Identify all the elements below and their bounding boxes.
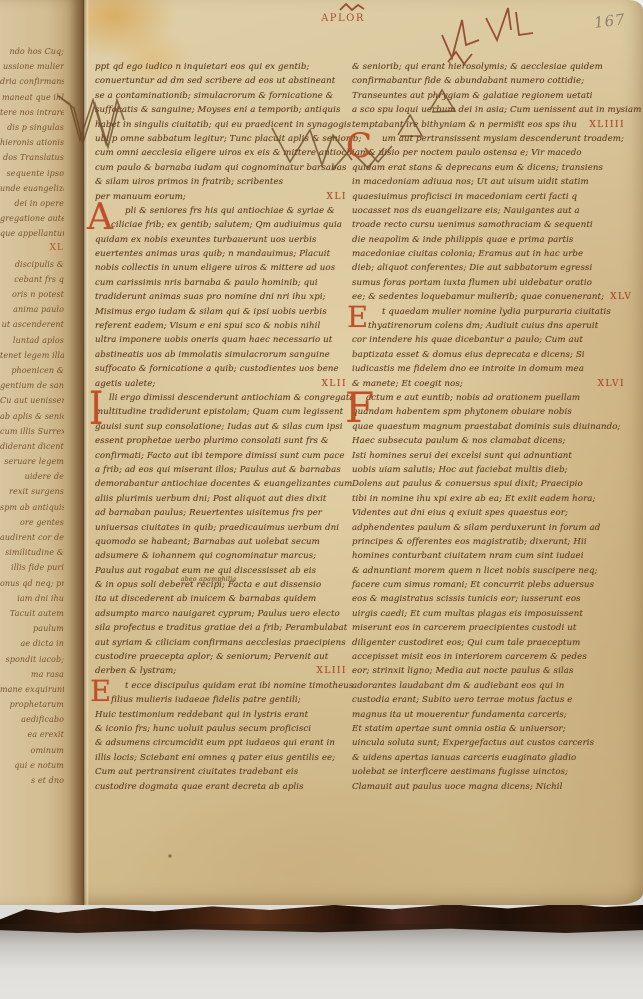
text-line: iudicastis me fidelem dno ee introite in… bbox=[352, 362, 584, 376]
facing-line-fragment: sequente ipso bbox=[0, 166, 64, 181]
text-line: gauisi sunt sup consolatione; Iudas aut … bbox=[95, 420, 343, 434]
facing-line-fragment: similitudine & bbox=[0, 545, 64, 560]
text-line: adorantes laudabant dm & audiebant eos q… bbox=[352, 679, 564, 693]
facing-page-lines: ndo hos Cuq;ussione mulierdria confirman… bbox=[0, 44, 64, 788]
facing-line-fragment: ea erexit bbox=[0, 727, 64, 742]
facing-line-fragment: gregatione aute bbox=[0, 211, 64, 226]
facing-line-fragment: spm ab antiquis bbox=[0, 500, 64, 515]
text-line: confirmati; Facto aut ibi tempore dimiss… bbox=[95, 449, 345, 463]
book-shadow bbox=[0, 924, 643, 970]
interlinear-gloss: abeo apamphilia bbox=[181, 573, 237, 587]
facing-line-fragment: aedificabo bbox=[0, 712, 64, 727]
facing-line-fragment: phoenicen & bbox=[0, 363, 64, 378]
text-line: troade recto cursu uenimus samothraciam … bbox=[352, 218, 593, 232]
text-line: eos & magistratus scissis tunicis eor; i… bbox=[352, 592, 581, 606]
text-line: & silam uiros primos in fratrib; scriben… bbox=[95, 175, 283, 189]
text-line: Isti homines serui dei excelsi sunt qui … bbox=[352, 449, 572, 463]
text-line: abstineatis uos ab immolatis simulacroru… bbox=[95, 348, 330, 362]
facing-line-fragment: ndo hos Cuq; bbox=[0, 44, 64, 59]
facing-line-fragment: ab aplis & senio bbox=[0, 409, 64, 424]
text-line: illis locis; Sciebant eni omnes q pater … bbox=[95, 751, 335, 765]
section-number: XLV bbox=[604, 290, 632, 304]
facing-line-fragment: tere nos intrare bbox=[0, 105, 64, 120]
facing-line-fragment: seruare legem bbox=[0, 454, 64, 469]
text-line: facere cum simus romani; Et concurrit pl… bbox=[352, 578, 594, 592]
facing-line-fragment: dria confirmans bbox=[0, 74, 64, 89]
text-line: Et statim apertae sunt omnia ostia & uni… bbox=[352, 722, 566, 736]
text-line: custodia erant; Subito uero terrae motus… bbox=[352, 693, 572, 707]
text-line: diligenter custodiret eos; Qui cum tale … bbox=[352, 636, 580, 650]
rubric-initial: E bbox=[347, 303, 368, 331]
facing-line-fragment: prophetarum bbox=[0, 697, 64, 712]
text-line: accepisset misit eos in interiorem carce… bbox=[352, 650, 587, 664]
facing-line-fragment: paulum bbox=[0, 621, 64, 636]
facing-line-fragment: cum illis Surrex bbox=[0, 424, 64, 439]
gutter-crease bbox=[83, 0, 89, 905]
text-line: a frib; ad eos qui miserant illos; Paulu… bbox=[95, 463, 341, 477]
facing-line-fragment: qui e notum bbox=[0, 758, 64, 773]
facing-line-fragment: s et dno bbox=[0, 773, 64, 788]
text-line: aliis plurimis uerbum dni; Post aliquot … bbox=[95, 492, 327, 506]
text-line: & uisio per noctem paulo ostensa e; Vir … bbox=[368, 146, 582, 160]
section-number: XLIII bbox=[310, 664, 347, 678]
text-line: quidam ex nobis exeuntes turbauerunt uos… bbox=[95, 233, 316, 247]
text-line: um aut pertransissent mysiam descenderun… bbox=[382, 132, 624, 146]
text-line: tradiderunt animas suas pro nomine dni n… bbox=[95, 290, 326, 304]
facing-line-fragment: ominum bbox=[0, 743, 64, 758]
text-line: custodire dogmata quae erant decreta ab … bbox=[95, 780, 304, 794]
text-line: ciliciae frib; ex gentib; salutem; Qm au… bbox=[111, 218, 342, 232]
text-line: eor; strinxit ligno; Media aut nocte pau… bbox=[352, 664, 574, 678]
text-line: pli & seniores frs his qui antiochiae & … bbox=[125, 204, 335, 218]
rubric-initial: I bbox=[89, 386, 104, 430]
text-line: adphendentes paulum & silam perduxerunt … bbox=[352, 521, 600, 535]
rubric-initial: E bbox=[90, 677, 111, 705]
text-line: ad barnaban paulus; Reuertentes uisitemu… bbox=[95, 506, 322, 520]
text-line: thyatirenorum colens dm; Audiuit cuius d… bbox=[368, 319, 598, 333]
section-number: XLI bbox=[321, 190, 347, 204]
text-line: Cum aut pertransirent ciuitates tradeban… bbox=[95, 765, 298, 779]
facing-line-fragment: dei in opere bbox=[0, 196, 64, 211]
facing-line-fragment: tenet legem illa bbox=[0, 348, 64, 363]
facing-page-edge: ndo hos Cuq;ussione mulierdria confirman… bbox=[0, 0, 84, 905]
text-line: ppt qd ego iudico n inquietari eos qui e… bbox=[95, 60, 309, 74]
text-line: sila profectus e traditus gratiae dei a … bbox=[95, 621, 347, 635]
facing-line-fragment: ma rasa bbox=[0, 667, 64, 682]
facing-line-fragment: dis p singulas bbox=[0, 120, 64, 135]
text-line: Dolens aut paulus & conuersus spui dixit… bbox=[352, 477, 583, 491]
text-line: adsumpto marco nauigaret cyprum; Paulus … bbox=[95, 607, 340, 621]
text-line: custodire praecepta aplor; & seniorum; P… bbox=[95, 650, 328, 664]
folio-number: 167 bbox=[593, 10, 627, 32]
facing-line-fragment: diderant dicentes bbox=[0, 439, 64, 454]
text-line: quae quaestum magnum praestabat dominis … bbox=[352, 420, 620, 434]
section-number: XLIIII bbox=[583, 118, 625, 132]
text-line: agetis ualete; bbox=[95, 377, 155, 391]
facing-line-fragment: anima paulo bbox=[0, 302, 64, 317]
text-line: t quaedam mulier nomine lydia purpuraria… bbox=[382, 305, 611, 319]
text-line: referent eadem; Visum e eni spui sco & n… bbox=[95, 319, 320, 333]
text-line: cum carissimis nris barnaba & paulo homi… bbox=[95, 276, 318, 290]
text-line: temptabant ire bithyniam & n permisit eo… bbox=[352, 118, 577, 132]
text-line: filius mulieris iudaeae fidelis patre ge… bbox=[111, 693, 301, 707]
facing-line-fragment: Cu aut uenissent bbox=[0, 393, 64, 408]
manuscript-photo: ndo hos Cuq;ussione mulierdria confirman… bbox=[0, 0, 643, 999]
facing-line-fragment: uidere de bbox=[0, 469, 64, 484]
text-line: Clamauit aut paulus uoce magna dicens; N… bbox=[352, 780, 562, 794]
rubric-initial: C bbox=[346, 130, 372, 162]
text-line: euertentes animas uras quib; n mandauimu… bbox=[95, 247, 330, 261]
text-line: uolebat se interficere aestimans fugisse… bbox=[352, 765, 568, 779]
text-line: sumus foras portam iuxta flumen ubi uide… bbox=[352, 276, 592, 290]
text-line: actum e aut euntib; nobis ad orationem p… bbox=[366, 391, 580, 405]
text-line: principes & offerentes eos magistratib; … bbox=[352, 535, 587, 549]
facing-line-fragment: dos Translatus bbox=[0, 150, 64, 165]
text-line: ultra imponere uobis oneris quam haec ne… bbox=[95, 333, 332, 347]
section-number: XLII bbox=[316, 377, 348, 391]
text-line: lli ergo dimissi descenderunt antiochiam… bbox=[109, 391, 355, 405]
facing-line-fragment: ut ascenderent bbox=[0, 317, 64, 332]
text-line: suffocato & fornicatione a quib; custodi… bbox=[95, 362, 339, 376]
manuscript-page: ndo hos Cuq;ussione mulierdria confirman… bbox=[0, 0, 643, 905]
section-number: XLVI bbox=[592, 377, 625, 391]
text-line: essent prophetae uerbo plurimo consolati… bbox=[95, 434, 329, 448]
facing-line-fragment: illis fide puri bbox=[0, 560, 64, 575]
text-line: baptizata esset & domus eius deprecata e… bbox=[352, 348, 585, 362]
text-line: dieb; aliquot conferentes; Die aut sabba… bbox=[352, 261, 592, 275]
text-line: demorabantur antiochiae docentes & euang… bbox=[95, 477, 352, 491]
margin-section-number: XL bbox=[0, 241, 64, 256]
text-line: & adnuntiant morem quem n licet nobis su… bbox=[352, 564, 598, 578]
text-line: & uidens apertas ianuas carceris euagina… bbox=[352, 751, 576, 765]
facing-line-fragment: hieronis ationis bbox=[0, 135, 64, 150]
text-line: Transeuntes aut phrygiam & galatiae regi… bbox=[352, 89, 592, 103]
text-line: tibi in nomine ihu xpi exire ab ea; Et e… bbox=[352, 492, 596, 506]
column-left: ppt qd ego iudico n inquietari eos qui e… bbox=[95, 60, 347, 794]
facing-line-fragment: luntad aplos bbox=[0, 333, 64, 348]
text-line: ee; & sedentes loquebamur mulierib; quae… bbox=[352, 290, 604, 304]
facing-line-fragment: audirent cor ded bbox=[0, 530, 64, 545]
column-right: & seniorib; qui erant hierosolymis; & ae… bbox=[352, 60, 625, 794]
facing-line-fragment: maneat que ihl bbox=[0, 90, 64, 105]
facing-line-fragment: gentium de san bbox=[0, 378, 64, 393]
text-line: uobis uiam salutis; Hoc aut faciebat mul… bbox=[352, 463, 568, 477]
text-line: habet in singulis ciuitatib; qui eu prae… bbox=[95, 118, 351, 132]
text-line: Haec subsecuta paulum & nos clamabat dic… bbox=[352, 434, 566, 448]
text-line: miserunt eos in carcerem praecipientes c… bbox=[352, 621, 576, 635]
text-line: macedoniae ciuitas colonia; Eramus aut i… bbox=[352, 247, 583, 261]
text-line: t ecce discipulus quidam erat ibi nomine… bbox=[125, 679, 353, 693]
facing-line-fragment: discipulis & bbox=[0, 257, 64, 272]
text-line: cor intendere his quae dicebantur a paul… bbox=[352, 333, 583, 347]
text-line: se a contaminationib; simulacrorum & for… bbox=[95, 89, 333, 103]
facing-line-fragment: onus qd neq; prs bbox=[0, 576, 64, 591]
facing-line-fragment: unde euangelizar bbox=[0, 181, 64, 196]
text-line: Misimus ergo iudam & silam qui & ipsi uo… bbox=[95, 305, 327, 319]
text-line: nobis collectis in unum eligere uiros & … bbox=[95, 261, 335, 275]
text-line: adsumere & iohannem qui cognominatur mar… bbox=[95, 549, 316, 563]
text-line: quidam erat stans & deprecans eum & dice… bbox=[352, 161, 603, 175]
text-line: cum paulo & barnaba iudam qui cognominat… bbox=[95, 161, 346, 175]
text-line: uocasset nos ds euangelizare eis; Nauiga… bbox=[352, 204, 580, 218]
text-line: conuertuntur ad dm sed scribere ad eos u… bbox=[95, 74, 335, 88]
facing-line-fragment: rexit surgens bbox=[0, 484, 64, 499]
facing-line-fragment: ae dicta in bbox=[0, 636, 64, 651]
text-line: uniuersas ciuitates in quib; praedicauim… bbox=[95, 521, 339, 535]
text-line: in macedoniam adiuua nos; Ut aut uisum u… bbox=[352, 175, 589, 189]
text-line: ubi p omne sabbatum legitur; Tunc placui… bbox=[95, 132, 362, 146]
facing-line-fragment: que appellantur bbox=[0, 226, 64, 241]
facing-line-fragment: ore gentes bbox=[0, 515, 64, 530]
text-line: & seniorib; qui erant hierosolymis; & ae… bbox=[352, 60, 603, 74]
facing-line-fragment: spondit iacob; bbox=[0, 652, 64, 667]
text-line: uirgis caedi; Et cum multas plagas eis i… bbox=[352, 607, 583, 621]
rubric-initial: F bbox=[345, 388, 374, 428]
running-title: APLOR bbox=[318, 13, 368, 24]
text-line: quandam habentem spm phytonem obuiare no… bbox=[352, 405, 572, 419]
facing-line-fragment: Tacuit autem bbox=[0, 606, 64, 621]
text-line: ita ut discederent ab inuicem & barnabas… bbox=[95, 592, 316, 606]
text-line: & iconio frs; hunc uoluit paulus secum p… bbox=[95, 722, 311, 736]
text-line: quaesiuimus proficisci in macedoniam cer… bbox=[352, 190, 577, 204]
text-line: aut syriam & ciliciam confirmans aeccles… bbox=[95, 636, 346, 650]
rubric-initial: A bbox=[87, 201, 113, 235]
text-line: confirmabantur fide & abundabant numero … bbox=[352, 74, 584, 88]
text-line: homines conturbant ciuitatem nram cum si… bbox=[352, 549, 584, 563]
facing-line-fragment: cebant frs q bbox=[0, 272, 64, 287]
text-line: & adsumens circumcidit eum ppt iudaeos q… bbox=[95, 736, 335, 750]
text-line: Huic testimonium reddebant qui in lystri… bbox=[95, 708, 308, 722]
facing-line-fragment: oris n potest bbox=[0, 287, 64, 302]
facing-line-fragment: ussione mulier bbox=[0, 59, 64, 74]
text-line: die neapolim & inde philippis quae e pri… bbox=[352, 233, 573, 247]
text-line: Videntes aut dni eius q exiuit spes quae… bbox=[352, 506, 568, 520]
text-line: uincula soluta sunt; Expergefactus aut c… bbox=[352, 736, 594, 750]
facing-line-fragment: iam dni ihu bbox=[0, 591, 64, 606]
text-line: multitudine tradiderunt epistolam; Quam … bbox=[95, 405, 343, 419]
text-line: suffocatis & sanguine; Moyses eni a temp… bbox=[95, 103, 340, 117]
text-line: cum omni aecclesia eligere uiros ex eis … bbox=[95, 146, 368, 160]
facing-line-fragment: mane exquirunt bbox=[0, 682, 64, 697]
text-line: a sco spu loqui uerbum dei in asia; Cum … bbox=[352, 103, 641, 117]
text-line: magnus ita ut mouerentur fundamenta carc… bbox=[352, 708, 567, 722]
text-line: quomodo se habeant; Barnabas aut uolebat… bbox=[95, 535, 320, 549]
